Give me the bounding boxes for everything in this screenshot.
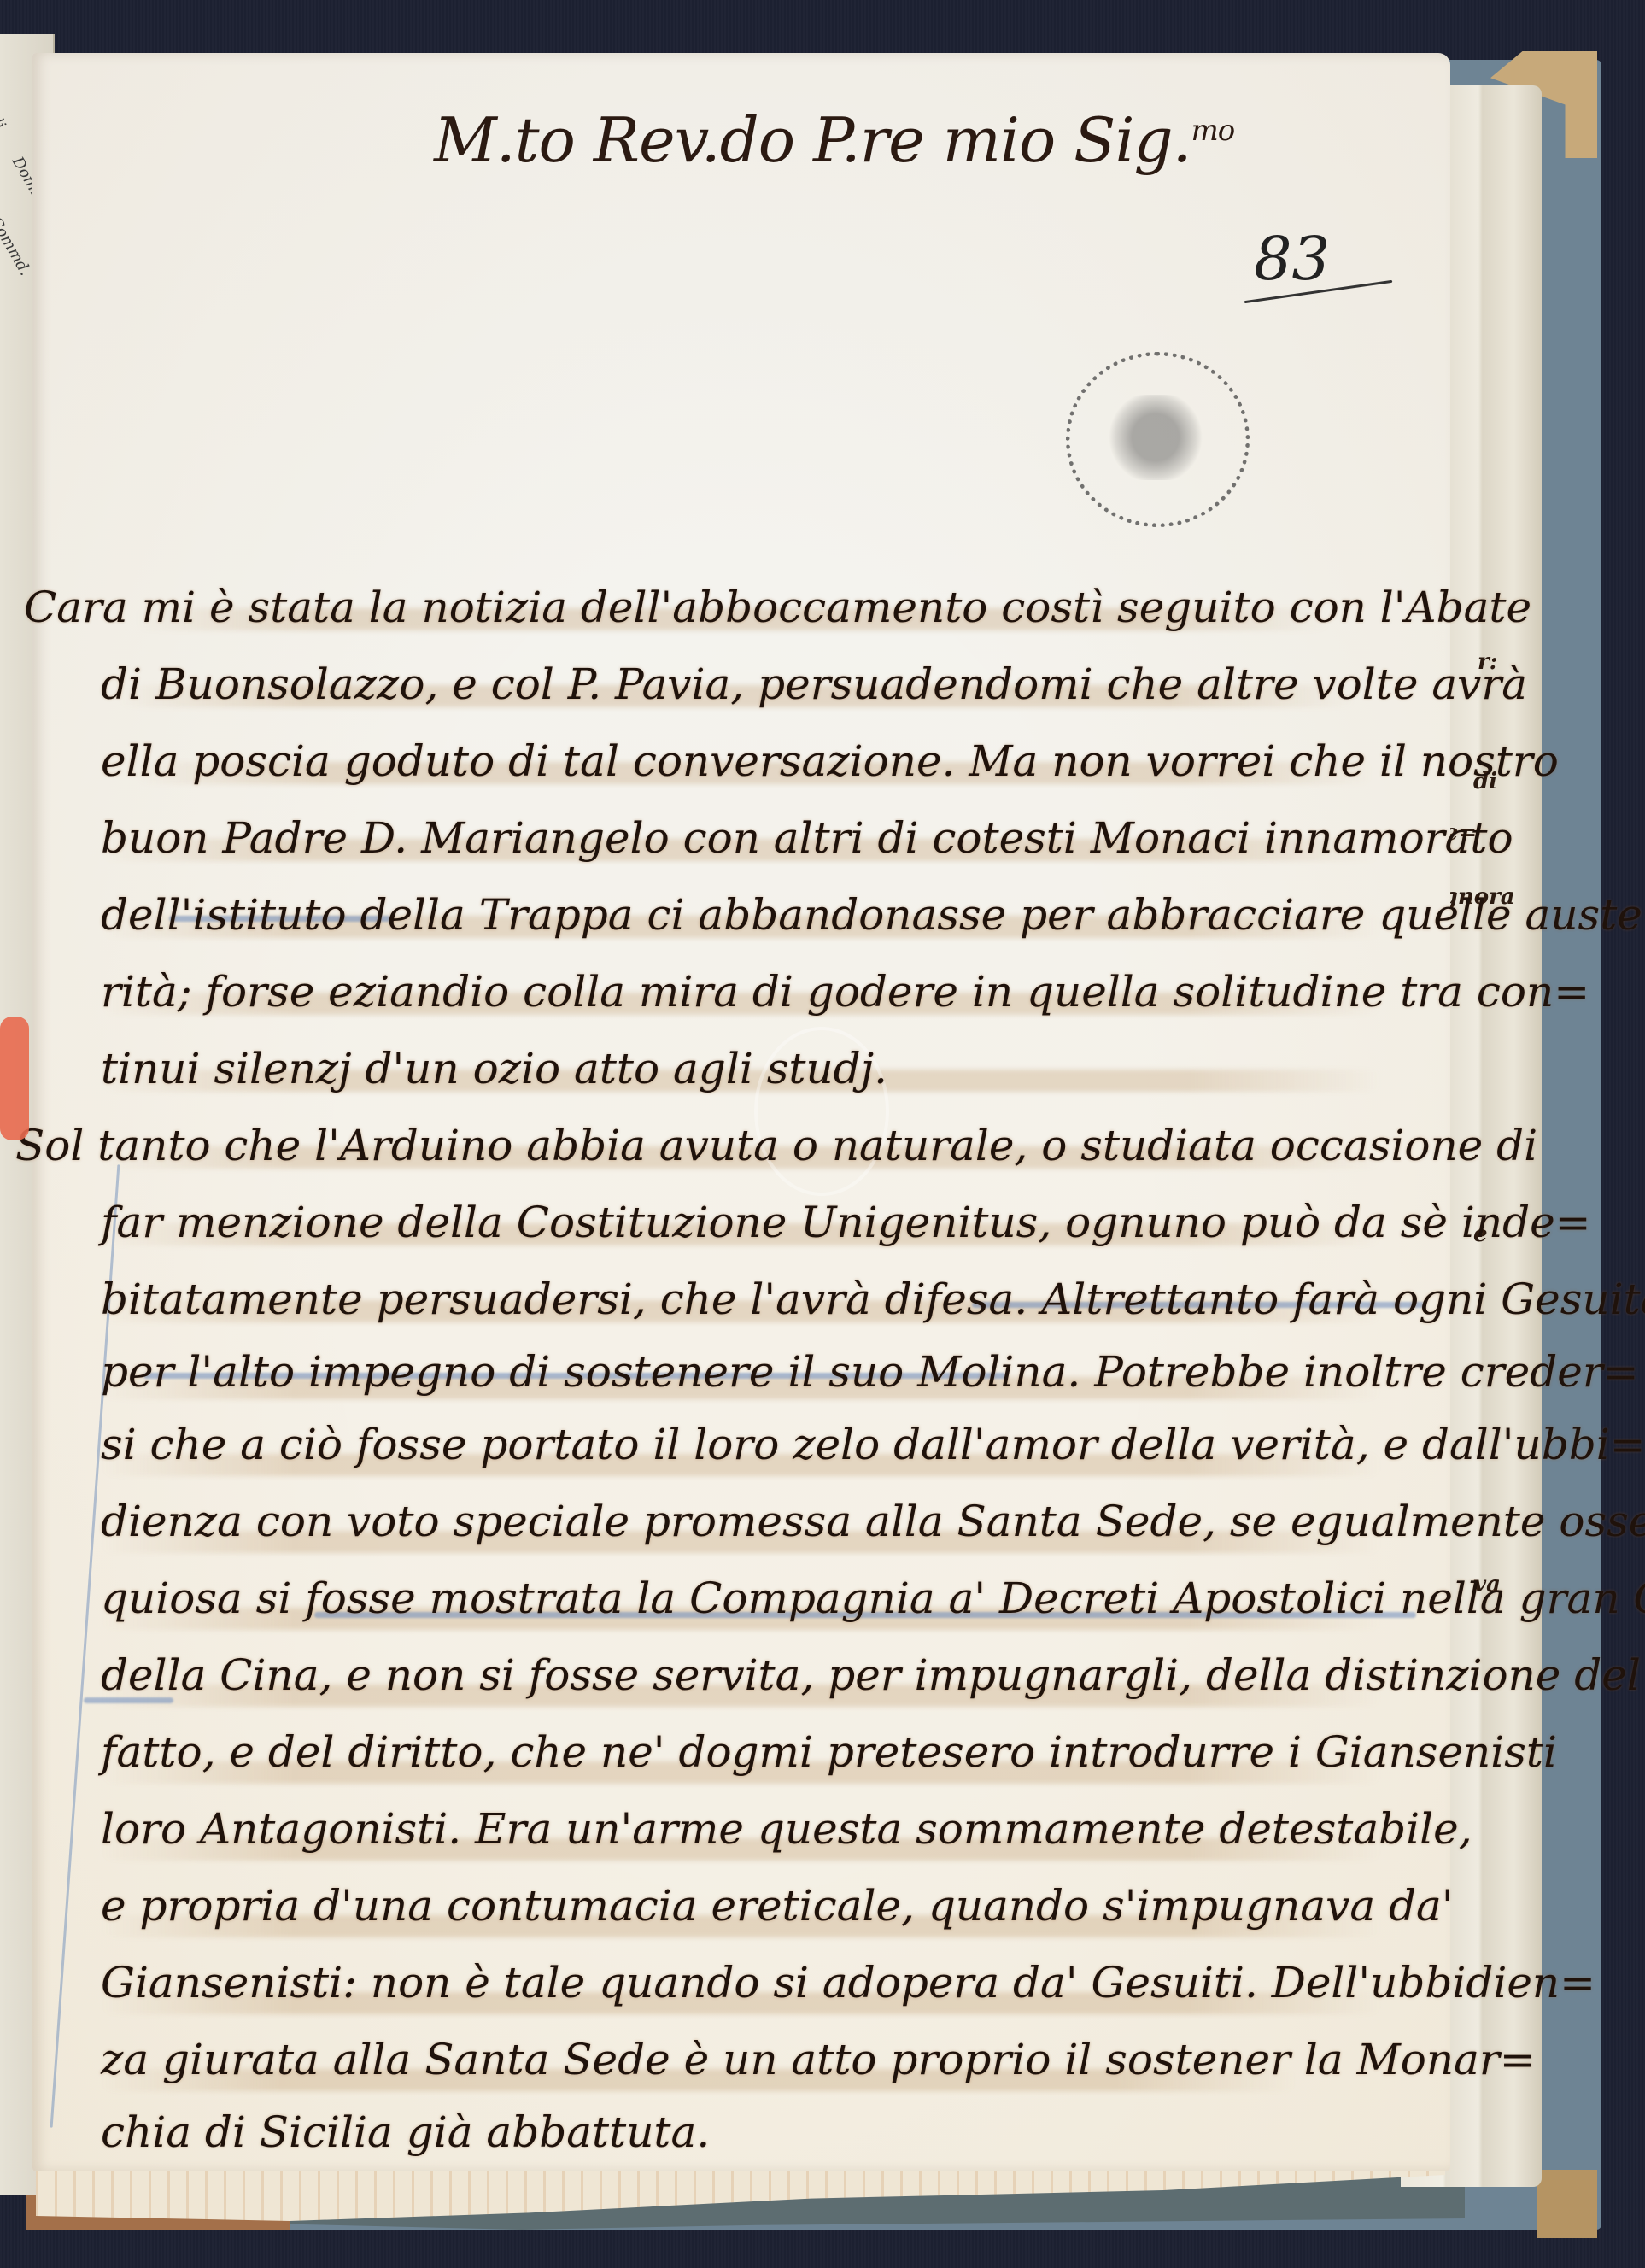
salutation-text: M.to Rev.do P.re mio Sig. — [434, 104, 1191, 176]
letter-line: tinui silenzj d'un ozio atto agli studj. — [101, 1044, 887, 1093]
letter-line: si che a ciò fosse portato il loro zelo … — [101, 1420, 1645, 1469]
folio-number: 83 — [1254, 224, 1330, 294]
letter-line: ella poscia goduto di tal conversazione.… — [101, 736, 1559, 786]
letter-line: Sol tanto che l'Arduino abbia avuta o na… — [15, 1121, 1537, 1170]
letter-line: chia di Sicilia già abbattuta. — [101, 2107, 710, 2157]
salutation-superscript: mo — [1191, 114, 1234, 148]
letter-line: e propria d'una contumacia ereticale, qu… — [101, 1881, 1454, 1931]
stamp-emblem — [1104, 395, 1207, 480]
letter-line: di Buonsolazzo, e col P. Pavia, persuade… — [101, 659, 1527, 709]
letter-line: dienza con voto speciale promessa alla S… — [101, 1497, 1645, 1546]
manuscript-page: M.to Rev.do P.re mio Sig.mo 83 Cara mi è… — [32, 53, 1450, 2171]
red-marker-tab — [0, 1017, 29, 1140]
leather-corner-bottom-right — [1537, 2170, 1597, 2238]
salutation-heading: M.to Rev.do P.re mio Sig.mo — [434, 104, 1234, 176]
letter-line: za giurata alla Santa Sede è un atto pro… — [101, 2035, 1536, 2084]
letter-line: Giansenisti: non è tale quando si adoper… — [101, 1958, 1595, 2007]
letter-line: buon Padre D. Mariangelo con altri di co… — [101, 813, 1513, 863]
letter-line: fatto, e del diritto, che ne' dogmi pret… — [101, 1727, 1557, 1777]
letter-line: Cara mi è stata la notizia dell'abboccam… — [24, 583, 1531, 632]
archive-stamp — [1066, 352, 1250, 527]
opposite-page-fragment: di — [0, 111, 9, 132]
letter-line: loro Antagonisti. Era un'arme questa som… — [101, 1804, 1472, 1854]
letter-line: della Cina, e non si fosse servita, per … — [101, 1650, 1641, 1700]
letter-line: rità; forse eziandio colla mira di goder… — [101, 967, 1589, 1017]
letter-line: bitatamente persuadersi, che l'avrà dife… — [101, 1275, 1645, 1324]
letter-line: quiosa si fosse mostrata la Compagnia a'… — [101, 1574, 1645, 1623]
letter-line: per l'alto impegno di sostenere il suo M… — [101, 1347, 1639, 1397]
letter-line: far menzione della Costituzione Unigenit… — [101, 1198, 1591, 1247]
letter-line: dell'istituto della Trappa ci abbandonas… — [101, 890, 1645, 940]
opposite-page-fragment: Commd. — [0, 214, 34, 278]
